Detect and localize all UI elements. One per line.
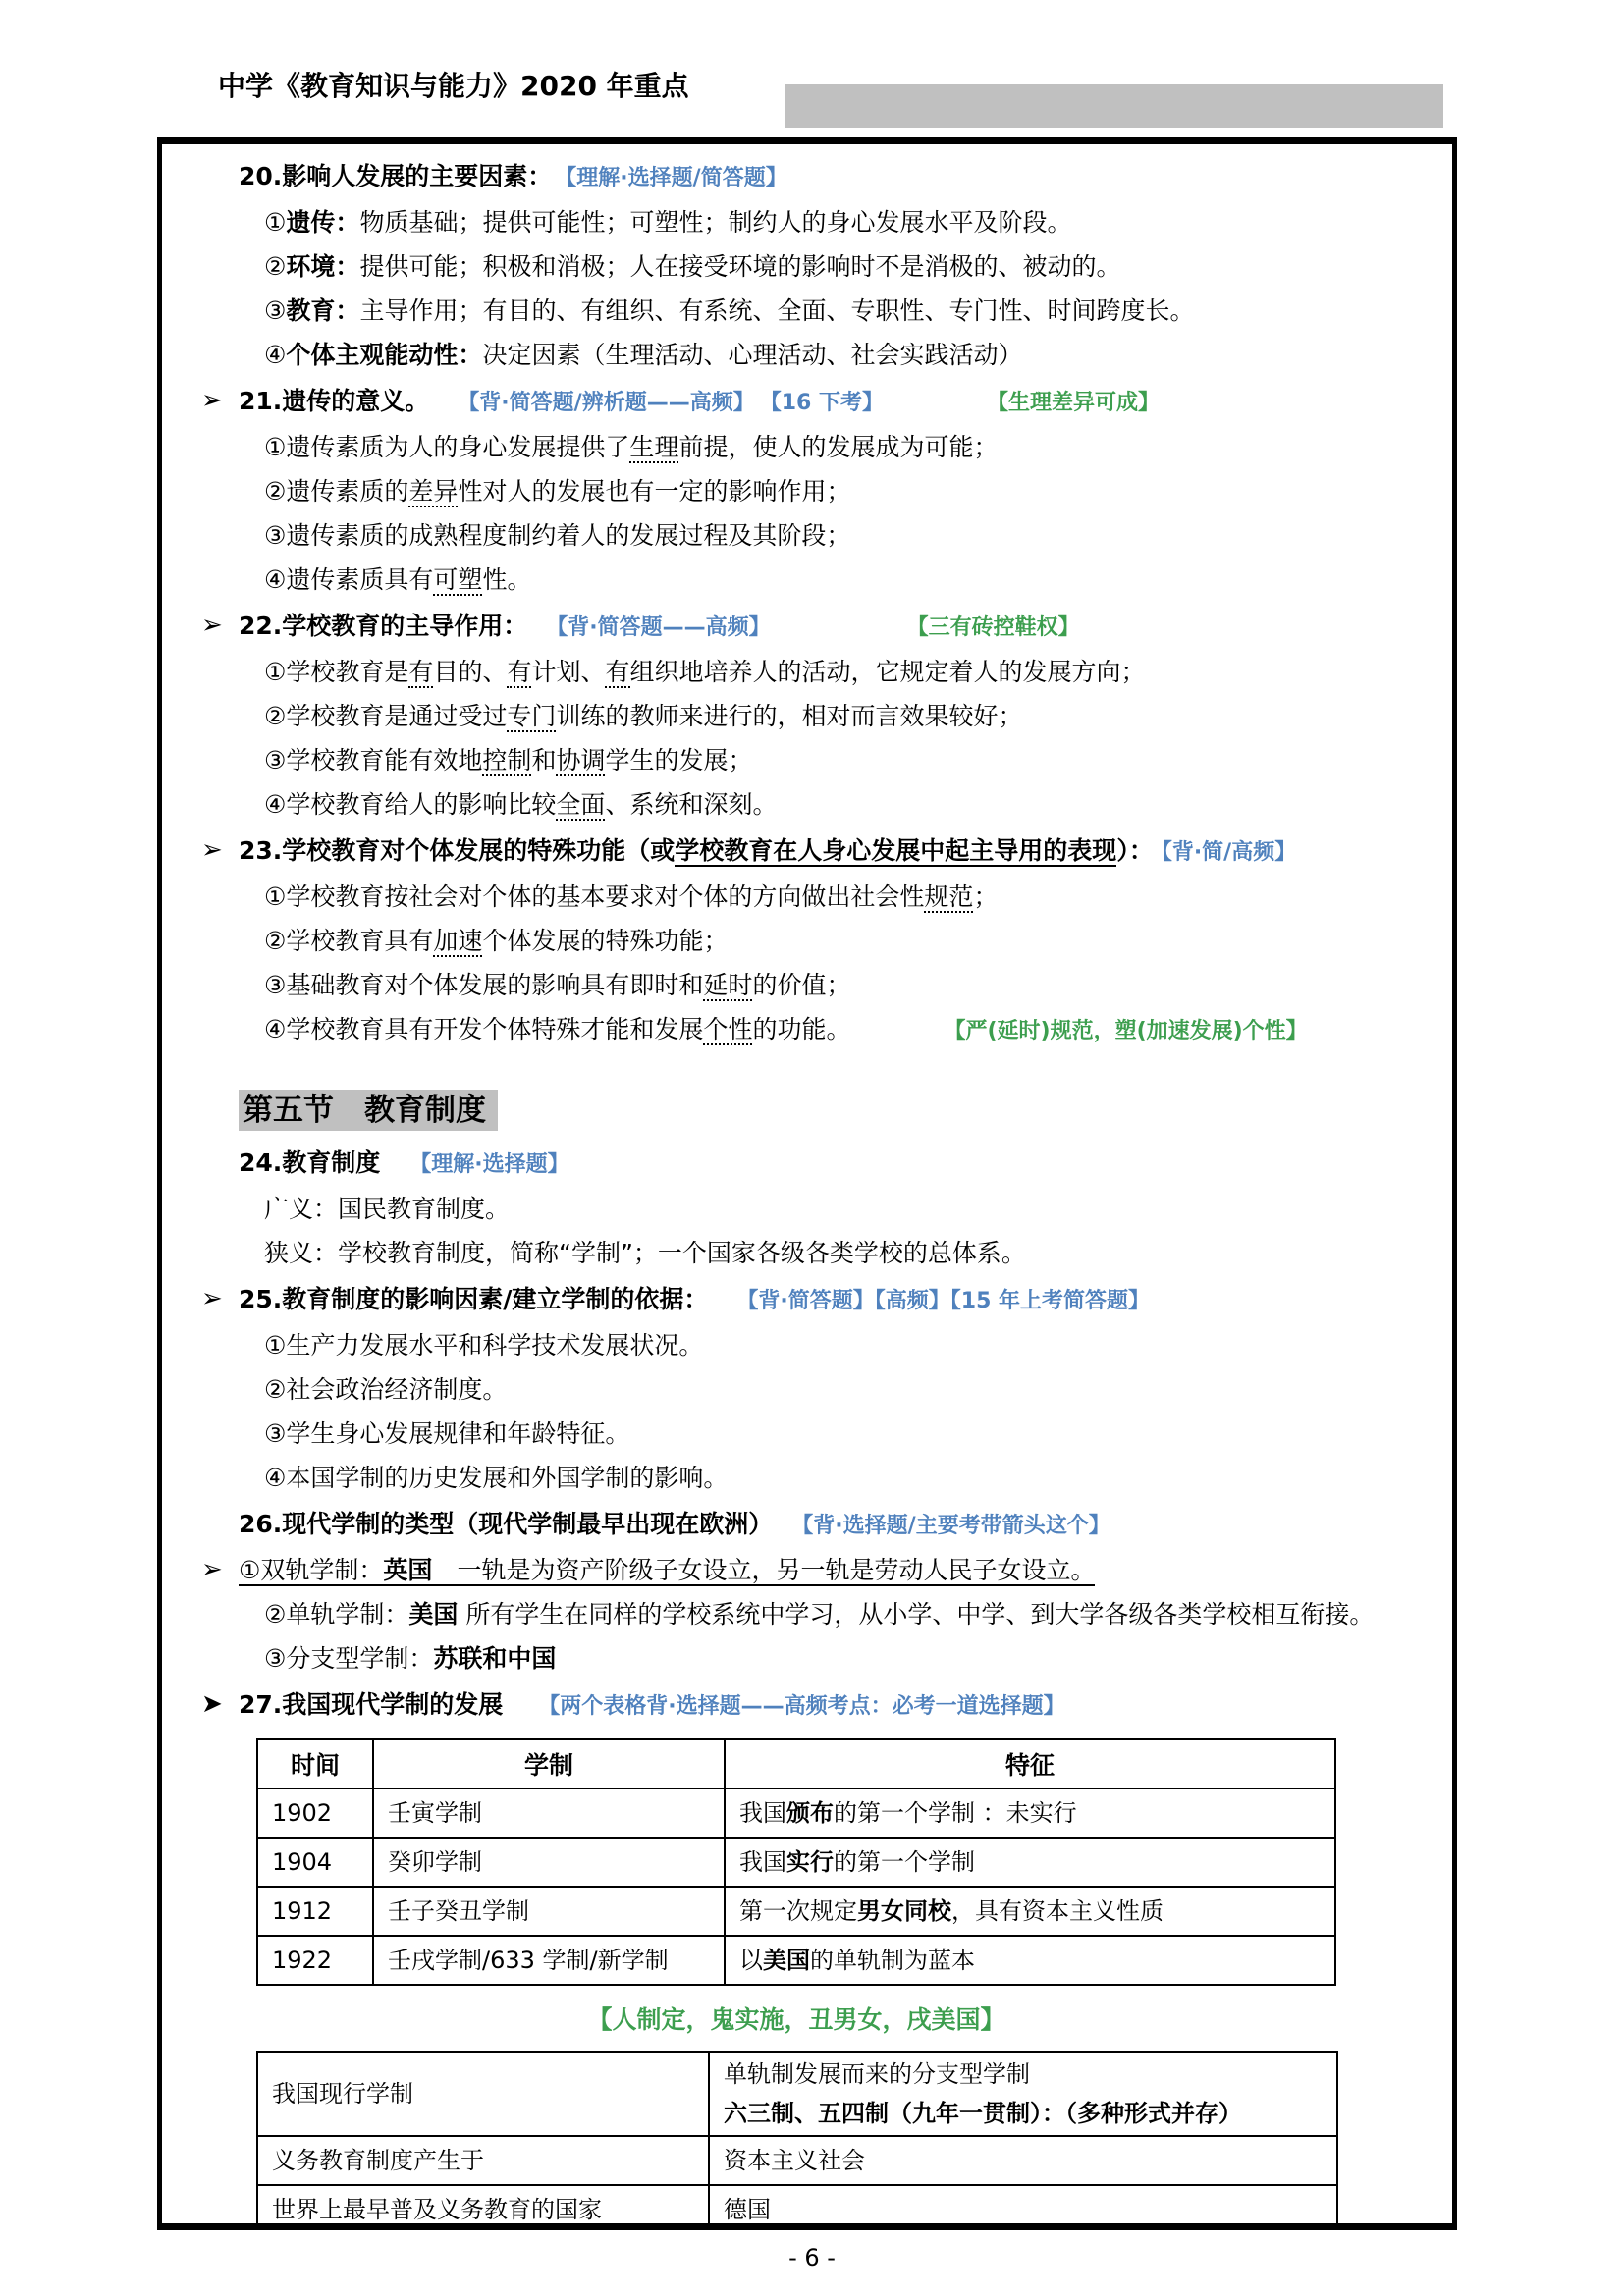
text-segment: 22.学校教育的主导作用： [239,612,527,640]
text-segment: 1912 [272,1897,332,1925]
table-cell-line: 1902 [272,1793,358,1833]
text-segment: ②单轨学制： [264,1600,408,1629]
exam-tag: 【两个表格背·选择题——高频考点：必考一道选择题】 [538,1694,1064,1719]
text-segment: 、系统和深刻。 [605,790,777,819]
exam-tag: 【三有砖控鞋权】 [918,615,1080,640]
table-cell: 第一次规定男女同校，具有资本主义性质 [725,1887,1335,1936]
table-row: 1902壬寅学制我国颁布的第一个学制 ：未实行 [257,1789,1335,1838]
list-item-heading: 20.影响人发展的主要因素：【理解·选择题/简答题】 [201,154,1429,200]
list-item: ①学校教育按社会对个体的基本要求对个体的方向做出社会性规范； [201,875,1429,919]
text-segment: 主导作用；有目的、有组织、有系统、全面、专职性、专门性、时间跨度长。 [359,296,1194,325]
text-segment: 所有学生在同样的学校系统中学习，从小学、中学、到大学各级各类学校相互衔接。 [458,1600,1374,1629]
text-segment: 以 [739,1947,763,1974]
table-cell-line: 义务教育制度产生于 [272,2141,694,2180]
text-segment: 环境： [286,252,359,281]
document-page: 中学《教育知识与能力》2020 年重点 20.影响人发展的主要因素：【理解·选择… [0,0,1624,2296]
text-segment: 颁布 [786,1799,834,1827]
text-segment: 可塑 [433,565,482,596]
text-segment: ② [264,252,286,281]
list-item: 狭义：学校教育制度，简称“学制”；一个国家各级各类学校的总体系。 [201,1231,1429,1275]
text-segment: 广义：国民教育制度。 [264,1195,510,1223]
exam-tag: 【背·简答题/辨析题——高频】 [468,391,754,415]
table-cell-line: 1912 [272,1892,358,1931]
text-segment: 义务教育制度产生于 [272,2147,484,2174]
text-segment: 加速 [433,927,482,957]
text-segment: 六三制、五四制（九年一贯制）：（多种形式并存） [724,2100,1242,2127]
text-segment: 训练的教师来进行的，相对而言效果较好； [556,702,1022,730]
table-cell: 义务教育制度产生于 [257,2136,709,2185]
table-cell-line: 壬戌学制/633 学制/新学制 [388,1941,710,1980]
exam-tag: 【16 下考】 [771,391,884,415]
text-segment: 的功能。 [752,1015,850,1043]
table-cell: 单轨制发展而来的分支型学制六三制、五四制（九年一贯制）：（多种形式并存） [709,2052,1337,2136]
list-item: ④遗传素质具有可塑性。 [201,558,1429,602]
table-header-cell: 学制 [373,1739,725,1789]
exam-tag: 【背·简答题】【高频】【15 年上考简答题】 [747,1289,1150,1313]
text-segment: ②社会政治经济制度。 [264,1375,507,1404]
document-header: 中学《教育知识与能力》2020 年重点 [0,0,1624,137]
text-segment: 的第一个学制 [834,1848,975,1876]
text-segment: 和 [531,746,556,774]
exam-tag: 【背·简/高频】 [1162,840,1296,865]
exam-tag: 【严(延时)规范，塑(加速发展)个性】 [954,1019,1307,1043]
text-segment: 资本主义社会 [724,2147,865,2174]
list-item: ③教育：主导作用；有目的、有组织、有系统、全面、专职性、专门性、时间跨度长。 [201,289,1429,333]
text-segment: 1902 [272,1799,332,1827]
text-segment: 性对人的发展也有一定的影响作用； [458,477,850,506]
table-row: 1922壬戌学制/633 学制/新学制以美国的单轨制为蓝本 [257,1936,1335,1985]
text-segment: 规范 [924,882,973,913]
text-segment: ③分支型学制： [264,1644,433,1673]
text-segment: 1904 [272,1848,332,1876]
text-segment: ①遗传素质为人的身心发展提供了 [264,433,629,461]
table-row: 世界上最早普及义务教育的国家德国 [257,2185,1337,2230]
text-segment: 美国 [763,1947,810,1974]
text-segment: 学校教育在人身心发展中起主导用的表现 [675,836,1116,867]
exam-tag: 【背·简答题——高频】 [557,615,770,640]
current-school-system-table: 我国现行学制单轨制发展而来的分支型学制六三制、五四制（九年一贯制）：（多种形式并… [256,2051,1338,2230]
text-segment: 我国现行学制 [272,2080,413,2108]
list-item: ②学校教育是通过受过专门训练的教师来进行的，相对而言效果较好； [201,694,1429,738]
text-segment: 24.教育制度 [239,1148,380,1177]
text-segment: 有 [605,658,629,688]
text-segment: 计划、 [531,658,605,686]
text-segment: 差异 [408,477,458,507]
text-segment: 全面 [556,790,605,821]
list-item-heading: ➢25.教育制度的影响因素/建立学制的依据：【背·简答题】【高频】【15 年上考… [201,1277,1429,1323]
text-segment: ①学校教育是 [264,658,408,686]
table-cell: 1902 [257,1789,373,1838]
list-item: ➢①双轨学制：英国 一轨是为资产阶级子女设立，另一轨是劳动人民子女设立。 [201,1548,1429,1592]
list-item: ③基础教育对个体发展的影响具有即时和延时的价值； [201,963,1429,1007]
table-cell: 1912 [257,1887,373,1936]
table-cell-line: 壬寅学制 [388,1793,710,1833]
modern-school-system-table: 时间学制特征1902壬寅学制我国颁布的第一个学制 ：未实行1904癸卯学制我国实… [256,1738,1336,1986]
text-segment: 美国 [408,1600,458,1629]
arrow-marker-icon: ➤ [201,1682,223,1727]
table-cell: 壬寅学制 [373,1789,725,1838]
table-header-cell: 时间 [257,1739,373,1789]
text-segment: ①学校教育按社会对个体的基本要求对个体的方向做出社会性 [264,882,924,911]
table-cell: 我国现行学制 [257,2052,709,2136]
table-cell-line: 1922 [272,1941,358,1980]
text-segment: ①生产力发展水平和科学技术发展状况。 [264,1331,703,1360]
header-highlight-box [785,84,1443,128]
text-segment: 德国 [724,2196,771,2223]
text-segment: 我国 [739,1848,786,1876]
text-segment: 第一次规定 [739,1897,857,1925]
text-segment: 的单轨制为蓝本 [810,1947,975,1974]
table-row: 我国现行学制单轨制发展而来的分支型学制六三制、五四制（九年一贯制）：（多种形式并… [257,2052,1337,2136]
text-segment: ① [264,208,286,237]
text-segment: ④学校教育给人的影响比较 [264,790,556,819]
table-row: 1912壬子癸丑学制第一次规定男女同校，具有资本主义性质 [257,1887,1335,1936]
arrow-marker-icon: ➢ [201,1548,223,1592]
mnemonic-line: 【人制定，鬼实施，丑男女，戌美国】 [256,2000,1336,2041]
table-cell-line: 壬子癸丑学制 [388,1892,710,1931]
arrow-marker-icon: ➢ [201,828,223,873]
table-cell-line: 资本主义社会 [724,2141,1323,2180]
text-segment: 23.学校教育对个体发展的特殊功能（或 [239,836,675,865]
text-segment: ③遗传素质的成熟程度制约着人的发展过程及其阶段； [264,521,850,550]
table-row: 义务教育制度产生于资本主义社会 [257,2136,1337,2185]
text-segment: 26.现代学制的类型（现代学制最早出现在欧洲） [239,1510,773,1538]
text-segment: ②学校教育具有 [264,927,433,955]
text-segment: 1922 [272,1947,332,1974]
text-segment: ③ [264,296,286,325]
section-heading: 第五节 教育制度 [201,1085,1429,1129]
table-cell-line: 德国 [724,2190,1323,2229]
table-cell: 我国颁布的第一个学制 ：未实行 [725,1789,1335,1838]
table-cell: 壬戌学制/633 学制/新学制 [373,1936,725,1985]
table-cell-line: 我国实行的第一个学制 [739,1842,1321,1882]
text-segment: ④ [264,341,286,369]
list-item: ③分支型学制：苏联和中国 [201,1636,1429,1681]
table-cell: 癸卯学制 [373,1838,725,1887]
text-segment: 壬子癸丑学制 [388,1897,529,1925]
exam-tag: 【理解·选择题】 [409,1152,568,1177]
text-segment: ②学校教育是通过受过 [264,702,507,730]
text-segment: 个体发展的特殊功能； [482,927,728,955]
text-segment: ）： [1116,836,1154,865]
list-item-heading: ➢21.遗传的意义。【背·简答题/辨析题——高频】【16 下考】【生理差异可成】 [201,379,1429,425]
table-cell: 以美国的单轨制为蓝本 [725,1936,1335,1985]
content-box: 20.影响人发展的主要因素：【理解·选择题/简答题】①遗传：物质基础；提供可能性… [157,137,1457,2230]
list-item: ①生产力发展水平和科学技术发展状况。 [201,1323,1429,1367]
text-segment: 狭义：学校教育制度，简称“学制”；一个国家各级各类学校的总体系。 [264,1239,1026,1267]
text-segment: ④遗传素质具有 [264,565,433,594]
table-cell: 壬子癸丑学制 [373,1887,725,1936]
table-cell: 德国 [709,2185,1337,2230]
table-header-row: 时间学制特征 [257,1739,1335,1789]
list-item: ①遗传：物质基础；提供可能性；可塑性；制约人的身心发展水平及阶段。 [201,200,1429,244]
table-cell-line: 癸卯学制 [388,1842,710,1882]
text-segment: 组织地培养人的活动，它规定着人的发展方向； [630,658,1146,686]
exam-tag: 【理解·选择题/简答题】 [566,166,786,190]
text-segment: ①双轨学制： [239,1556,383,1586]
page-footer: - 6 - [0,2244,1624,2271]
table-cell-line: 我国现行学制 [272,2074,694,2113]
list-item: ③学生身心发展规律和年龄特征。 [201,1412,1429,1456]
text-segment: ②遗传素质的 [264,477,408,506]
document-title: 中学《教育知识与能力》2020 年重点 [218,65,689,104]
table-cell: 世界上最早普及义务教育的国家 [257,2185,709,2230]
text-segment: 控制 [482,746,531,776]
arrow-marker-icon: ➢ [201,1277,223,1321]
table-cell: 资本主义社会 [709,2136,1337,2185]
table-cell-line: 1904 [272,1842,358,1882]
text-segment: 我国 [739,1799,786,1827]
text-segment: 的价值； [752,971,850,999]
list-item: ①遗传素质为人的身心发展提供了生理前提，使人的发展成为可能； [201,425,1429,469]
list-item: ④学校教育具有开发个体特殊才能和发展个性的功能。【严(延时)规范，塑(加速发展)… [201,1007,1429,1053]
text-segment: 世界上最早普及义务教育的国家 [272,2196,602,2223]
list-item: ④个体主观能动性：决定因素（生理活动、心理活动、社会实践活动） [201,333,1429,377]
text-segment: 决定因素（生理活动、心理活动、社会实践活动） [482,341,1022,369]
list-item: ②学校教育具有加速个体发展的特殊功能； [201,919,1429,963]
text-segment: 男女同校 [857,1897,951,1925]
text-segment: 英国 [383,1556,432,1586]
table-cell-line: 以美国的单轨制为蓝本 [739,1941,1321,1980]
text-segment: 的第一个学制 ：未实行 [834,1799,1077,1827]
text-segment: ③学校教育能有效地 [264,746,482,774]
text-segment: 性。 [482,565,531,594]
table-cell: 我国实行的第一个学制 [725,1838,1335,1887]
text-segment: 个性 [703,1015,752,1045]
text-segment: 物质基础；提供可能性；可塑性；制约人的身心发展水平及阶段。 [359,208,1071,237]
text-segment: 单轨制发展而来的分支型学制 [724,2060,1030,2088]
text-segment: 目的、 [433,658,507,686]
table-cell-line: 单轨制发展而来的分支型学制 [724,2055,1323,2094]
list-item-heading: ➤27.我国现代学制的发展【两个表格背·选择题——高频考点：必考一道选择题】 [201,1682,1429,1729]
arrow-marker-icon: ➢ [201,604,223,648]
text-segment: 有 [408,658,433,688]
text-segment: 癸卯学制 [388,1848,482,1876]
list-item: ④学校教育给人的影响比较全面、系统和深刻。 [201,782,1429,827]
text-segment: 25.教育制度的影响因素/建立学制的依据： [239,1285,708,1313]
text-segment: 生理 [629,433,678,463]
text-segment: 协调 [556,746,605,776]
text-segment: 有 [507,658,531,688]
list-item: 广义：国民教育制度。 [201,1187,1429,1231]
table-cell-line: 六三制、五四制（九年一贯制）：（多种形式并存） [724,2094,1323,2133]
text-segment: 壬戌学制/633 学制/新学制 [388,1947,669,1974]
table-row: 1904癸卯学制我国实行的第一个学制 [257,1838,1335,1887]
text-segment: 提供可能；积极和消极；人在接受环境的影响时不是消极的、被动的。 [359,252,1120,281]
table-cell: 1922 [257,1936,373,1985]
text-segment: ③学生身心发展规律和年龄特征。 [264,1419,629,1448]
text-segment: 前提，使人的发展成为可能； [678,433,998,461]
text-segment: 一轨是为资产阶级子女设立，另一轨是劳动人民子女设立。 [432,1556,1095,1586]
list-item: ②环境：提供可能；积极和消极；人在接受环境的影响时不是消极的、被动的。 [201,244,1429,289]
exam-tag: 【人制定，鬼实施，丑男女，戌美国】 [587,2005,1004,2034]
text-segment: 21.遗传的意义。 [239,387,429,415]
text-segment: ③基础教育对个体发展的影响具有即时和 [264,971,703,999]
table-cell-line: 世界上最早普及义务教育的国家 [272,2190,694,2229]
list-item-heading: ➢23.学校教育对个体发展的特殊功能（或学校教育在人身心发展中起主导用的表现）：… [201,828,1429,875]
text-segment: 27.我国现代学制的发展 [239,1690,503,1719]
arrow-marker-icon: ➢ [201,379,223,423]
text-segment: ； [973,882,998,911]
list-item: ③遗传素质的成熟程度制约着人的发展过程及其阶段； [201,513,1429,558]
list-item: ①学校教育是有目的、有计划、有组织地培养人的活动，它规定着人的发展方向； [201,650,1429,694]
text-segment: 延时 [703,971,752,1001]
exam-tag: 【背·选择题/主要考带箭头这个】 [802,1514,1110,1538]
list-item-heading: 26.现代学制的类型（现代学制最早出现在欧洲）【背·选择题/主要考带箭头这个】 [201,1502,1429,1548]
text-segment: 学生的发展； [605,746,752,774]
text-segment: 壬寅学制 [388,1799,482,1827]
table-cell: 1904 [257,1838,373,1887]
text-segment: 苏联和中国 [433,1644,556,1673]
table-cell-line: 我国颁布的第一个学制 ：未实行 [739,1793,1321,1833]
section-heading-text: 第五节 教育制度 [239,1090,498,1131]
text-segment: ，具有资本主义性质 [951,1897,1164,1925]
table-header-cell: 特征 [725,1739,1335,1789]
list-item: ②遗传素质的差异性对人的发展也有一定的影响作用； [201,469,1429,513]
text-segment: 教育： [286,296,359,325]
page-number: - 6 - [788,2244,836,2271]
list-item: ②社会政治经济制度。 [201,1367,1429,1412]
text-segment: ④学校教育具有开发个体特殊才能和发展 [264,1015,703,1043]
list-item-heading: 24.教育制度【理解·选择题】 [201,1141,1429,1187]
text-segment: ④本国学制的历史发展和外国学制的影响。 [264,1464,728,1492]
text-segment: 实行 [786,1848,834,1876]
text-segment: 遗传： [286,208,359,237]
text-segment: 个体主观能动性： [286,341,482,369]
text-segment: 20.影响人发展的主要因素： [239,162,552,190]
list-item-heading: ➢22.学校教育的主导作用：【背·简答题——高频】【三有砖控鞋权】 [201,604,1429,650]
list-item: ②单轨学制：美国 所有学生在同样的学校系统中学习，从小学、中学、到大学各级各类学… [201,1592,1429,1636]
text-segment: 专门 [507,702,556,732]
exam-tag: 【生理差异可成】 [998,391,1160,415]
table-cell-line: 第一次规定男女同校，具有资本主义性质 [739,1892,1321,1931]
list-item: ③学校教育能有效地控制和协调学生的发展； [201,738,1429,782]
list-item: ④本国学制的历史发展和外国学制的影响。 [201,1456,1429,1500]
